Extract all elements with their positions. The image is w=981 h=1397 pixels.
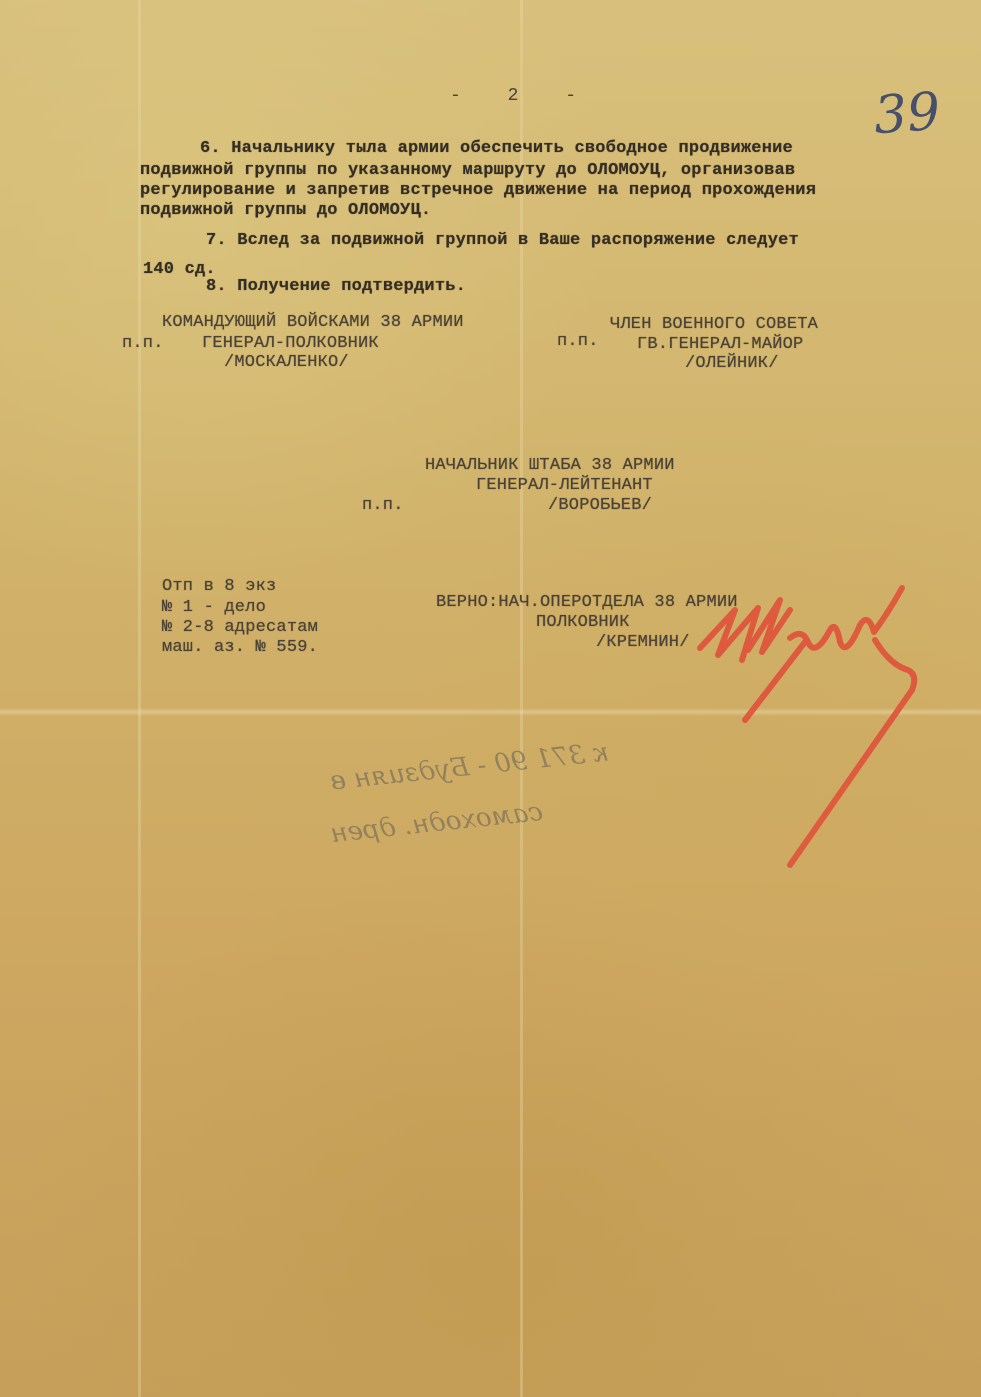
commander-pp: п.п. xyxy=(122,333,164,355)
certification-name: /КРЕМНИН/ xyxy=(596,632,690,654)
paragraph-6-line-1: 6. Начальнику тыла армии обеспечить своб… xyxy=(200,138,793,160)
chief-of-staff-rank: ГЕНЕРАЛ-ЛЕЙТЕНАНТ xyxy=(476,475,653,497)
paragraph-6-line-2: подвижной группы по указанному маршруту … xyxy=(140,160,795,182)
bleed-through-note-line-2: самоходн. дрен xyxy=(329,797,544,849)
distribution-line-1: Отп в 8 экз xyxy=(162,576,276,598)
council-member-title: ЧЛЕН ВОЕННОГО СОВЕТА xyxy=(610,314,818,336)
council-member-pp: п.п. xyxy=(557,331,599,353)
distribution-line-4: маш. аз. № 559. xyxy=(162,637,318,659)
paragraph-8: 8. Получение подтвердить. xyxy=(206,276,466,298)
distribution-line-2: № 1 - дело xyxy=(162,597,266,619)
paragraph-7-line-1: 7. Вслед за подвижной группой в Ваше рас… xyxy=(206,230,799,252)
certification-rank: ПОЛКОВНИК xyxy=(536,612,630,634)
commander-name: /МОСКАЛЕНКО/ xyxy=(224,352,349,374)
paragraph-7-line-2: 140 сд. xyxy=(143,259,216,281)
chief-of-staff-pp: п.п. xyxy=(362,495,404,517)
paper-streak xyxy=(520,0,523,1397)
red-pencil-signature-icon xyxy=(690,580,950,880)
archive-page-number: 39 xyxy=(872,82,942,146)
chief-of-staff-title: НАЧАЛЬНИК ШТАБА 38 АРМИИ xyxy=(425,455,675,477)
document-page: - 2 - 39 6. Начальнику тыла армии обеспе… xyxy=(0,0,981,1397)
paragraph-6-line-4: подвижной группы до ОЛОМОУЦ. xyxy=(140,200,431,222)
paragraph-6-line-3: регулирование и запретив встречное движе… xyxy=(140,180,816,202)
chief-of-staff-name: /ВОРОБЬЕВ/ xyxy=(548,495,652,517)
commander-title: КОМАНДУЮЩИЙ ВОЙСКАМИ 38 АРМИИ xyxy=(162,312,464,334)
council-member-name: /ОЛЕЙНИК/ xyxy=(685,353,779,375)
bleed-through-note-line-1: к 371 90 - Будзиян в xyxy=(329,737,610,796)
page-header-mark: - 2 - xyxy=(450,86,594,106)
distribution-line-3: № 2-8 адресатам xyxy=(162,617,318,639)
